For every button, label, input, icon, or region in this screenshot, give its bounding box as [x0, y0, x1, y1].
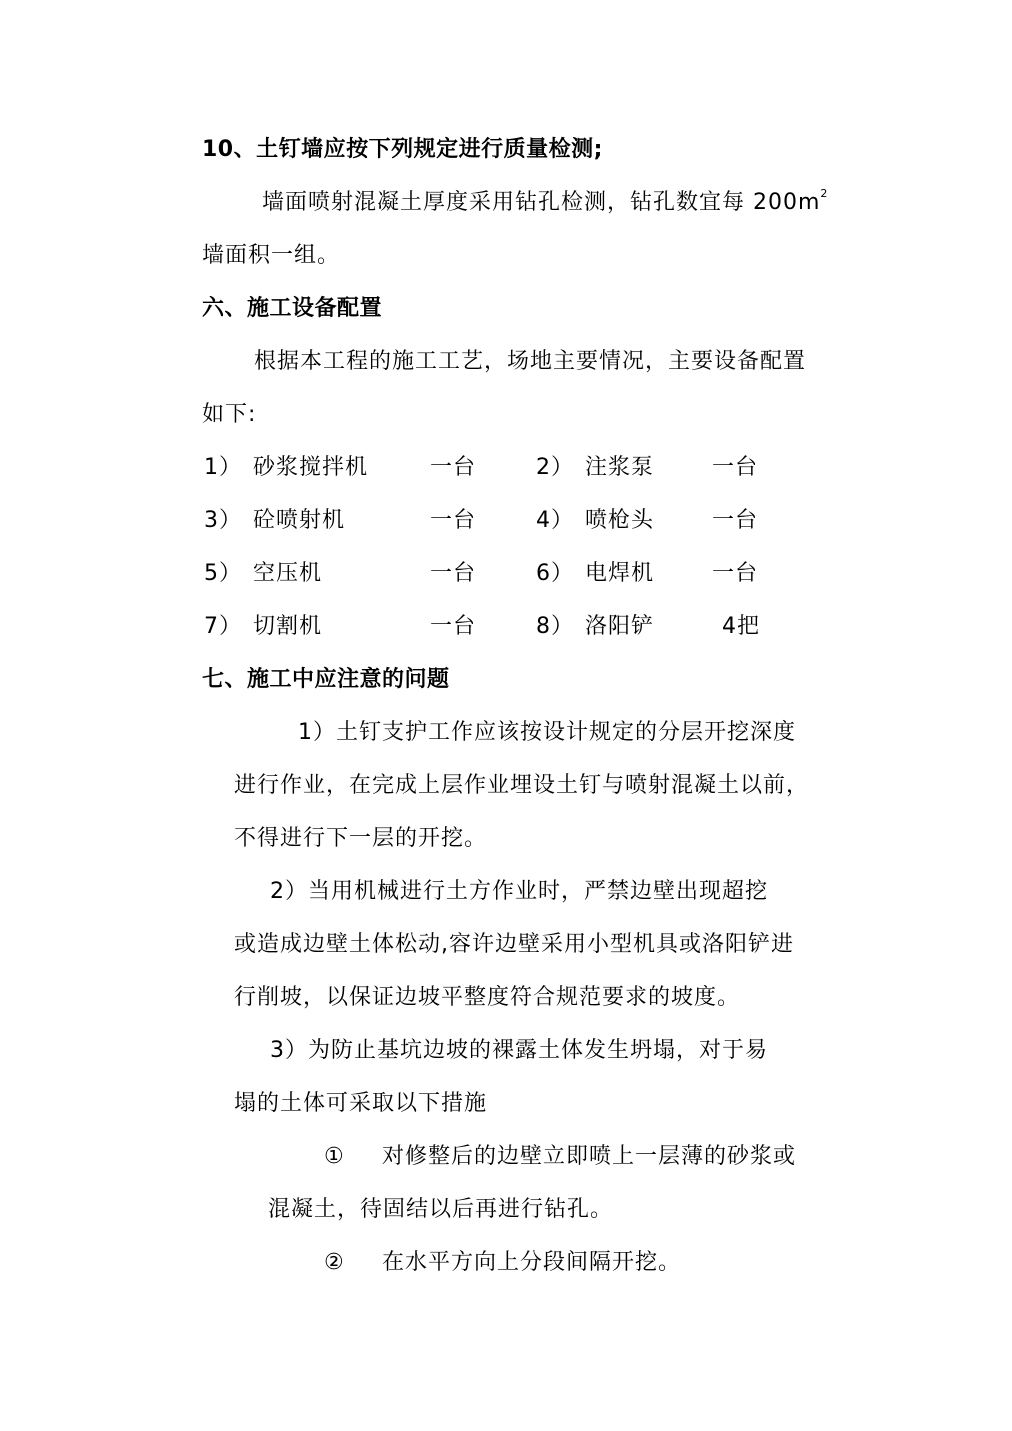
- document-page: 10、土钉墙应按下列规定进行质量检测; 墙面喷射混凝土厚度采用钻孔检测，钻孔数宜…: [0, 0, 1012, 1431]
- equipment-name: 喷枪头: [585, 506, 654, 536]
- equipment-name: 砂浆搅拌机: [253, 453, 368, 483]
- section-10-paragraph-line-1: 墙面喷射混凝土厚度采用钻孔检测，钻孔数宜每 200m2: [262, 188, 828, 218]
- equipment-index: 1）: [204, 453, 242, 483]
- item-1-line-1: 1）土钉支护工作应该按设计规定的分层开挖深度: [298, 718, 796, 748]
- section-10-paragraph-text: 墙面喷射混凝土厚度采用钻孔检测，钻孔数宜每 200m: [262, 190, 820, 215]
- equipment-index: 8）: [536, 612, 574, 642]
- superscript-2: 2: [820, 187, 828, 200]
- equipment-qty: 一台: [430, 559, 476, 589]
- equipment-name: 空压机: [253, 559, 322, 589]
- sub-item-1-marker: ①: [324, 1142, 345, 1172]
- section-6-intro-line-1: 根据本工程的施工工艺，场地主要情况，主要设备配置: [254, 347, 806, 377]
- equipment-index: 5）: [204, 559, 242, 589]
- section-6-heading: 六、施工设备配置: [202, 294, 382, 324]
- equipment-index: 4）: [536, 506, 574, 536]
- sub-item-2-marker: ②: [324, 1248, 345, 1278]
- sub-item-1-line-2: 混凝土，待固结以后再进行钻孔。: [268, 1195, 613, 1225]
- equipment-qty: 一台: [430, 612, 476, 642]
- equipment-index: 2）: [536, 453, 574, 483]
- equipment-index: 3）: [204, 506, 242, 536]
- sub-item-1-line-1: 对修整后的边壁立即喷上一层薄的砂浆或: [382, 1142, 796, 1172]
- equipment-qty: 一台: [712, 506, 758, 536]
- equipment-name: 注浆泵: [585, 453, 654, 483]
- equipment-name: 洛阳铲: [585, 612, 654, 642]
- item-3-line-2: 塌的土体可采取以下措施: [234, 1089, 487, 1119]
- equipment-qty: 一台: [712, 559, 758, 589]
- item-1-line-3: 不得进行下一层的开挖。: [234, 824, 487, 854]
- item-3-line-1: 3）为防止基坑边坡的裸露土体发生坍塌，对于易: [270, 1036, 768, 1066]
- section-10-paragraph-line-2: 墙面积一组。: [202, 241, 340, 271]
- item-2-line-1: 2）当用机械进行土方作业时，严禁边壁出现超挖: [270, 877, 768, 907]
- equipment-name: 砼喷射机: [253, 506, 345, 536]
- section-6-intro-line-2: 如下:: [202, 400, 256, 430]
- item-2-line-3: 行削坡，以保证边坡平整度符合规范要求的坡度。: [234, 983, 740, 1013]
- equipment-index: 6）: [536, 559, 574, 589]
- equipment-qty: 4把: [722, 612, 760, 642]
- equipment-qty: 一台: [430, 506, 476, 536]
- equipment-index: 7）: [204, 612, 242, 642]
- section-7-heading: 七、施工中应注意的问题: [202, 665, 450, 695]
- section-10-heading: 10、土钉墙应按下列规定进行质量检测;: [202, 135, 603, 165]
- equipment-qty: 一台: [430, 453, 476, 483]
- equipment-name: 切割机: [253, 612, 322, 642]
- sub-item-2-line-1: 在水平方向上分段间隔开挖。: [382, 1248, 681, 1278]
- equipment-qty: 一台: [712, 453, 758, 483]
- item-1-line-2: 进行作业，在完成上层作业埋设土钉与喷射混凝土以前，: [234, 771, 809, 801]
- item-2-line-2: 或造成边壁土体松动,容许边壁采用小型机具或洛阳铲进: [234, 930, 794, 960]
- equipment-name: 电焊机: [585, 559, 654, 589]
